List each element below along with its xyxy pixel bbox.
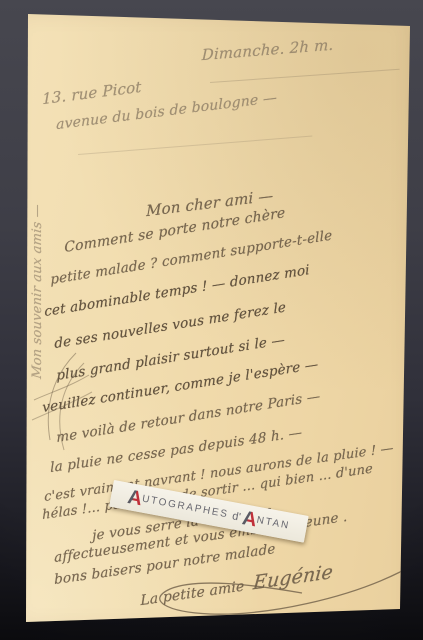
letter-paper: Dimanche. 2h m. 13. rue Picot avenue du … bbox=[0, 0, 423, 640]
date-line: Dimanche. 2h m. bbox=[202, 36, 334, 64]
ink-scribble bbox=[14, 345, 104, 460]
pencil-underline bbox=[78, 136, 312, 155]
address-line-1: 13. rue Picot bbox=[42, 78, 142, 108]
photo-scene: Dimanche. 2h m. 13. rue Picot avenue du … bbox=[0, 0, 423, 640]
watermark-letter-a: A bbox=[241, 509, 258, 529]
watermark-text: d' bbox=[231, 510, 241, 523]
pencil-underline bbox=[210, 69, 400, 83]
watermark-text: NTAN bbox=[256, 515, 291, 532]
watermark-letter-a: A bbox=[126, 487, 143, 507]
signature-flourish bbox=[118, 556, 410, 632]
